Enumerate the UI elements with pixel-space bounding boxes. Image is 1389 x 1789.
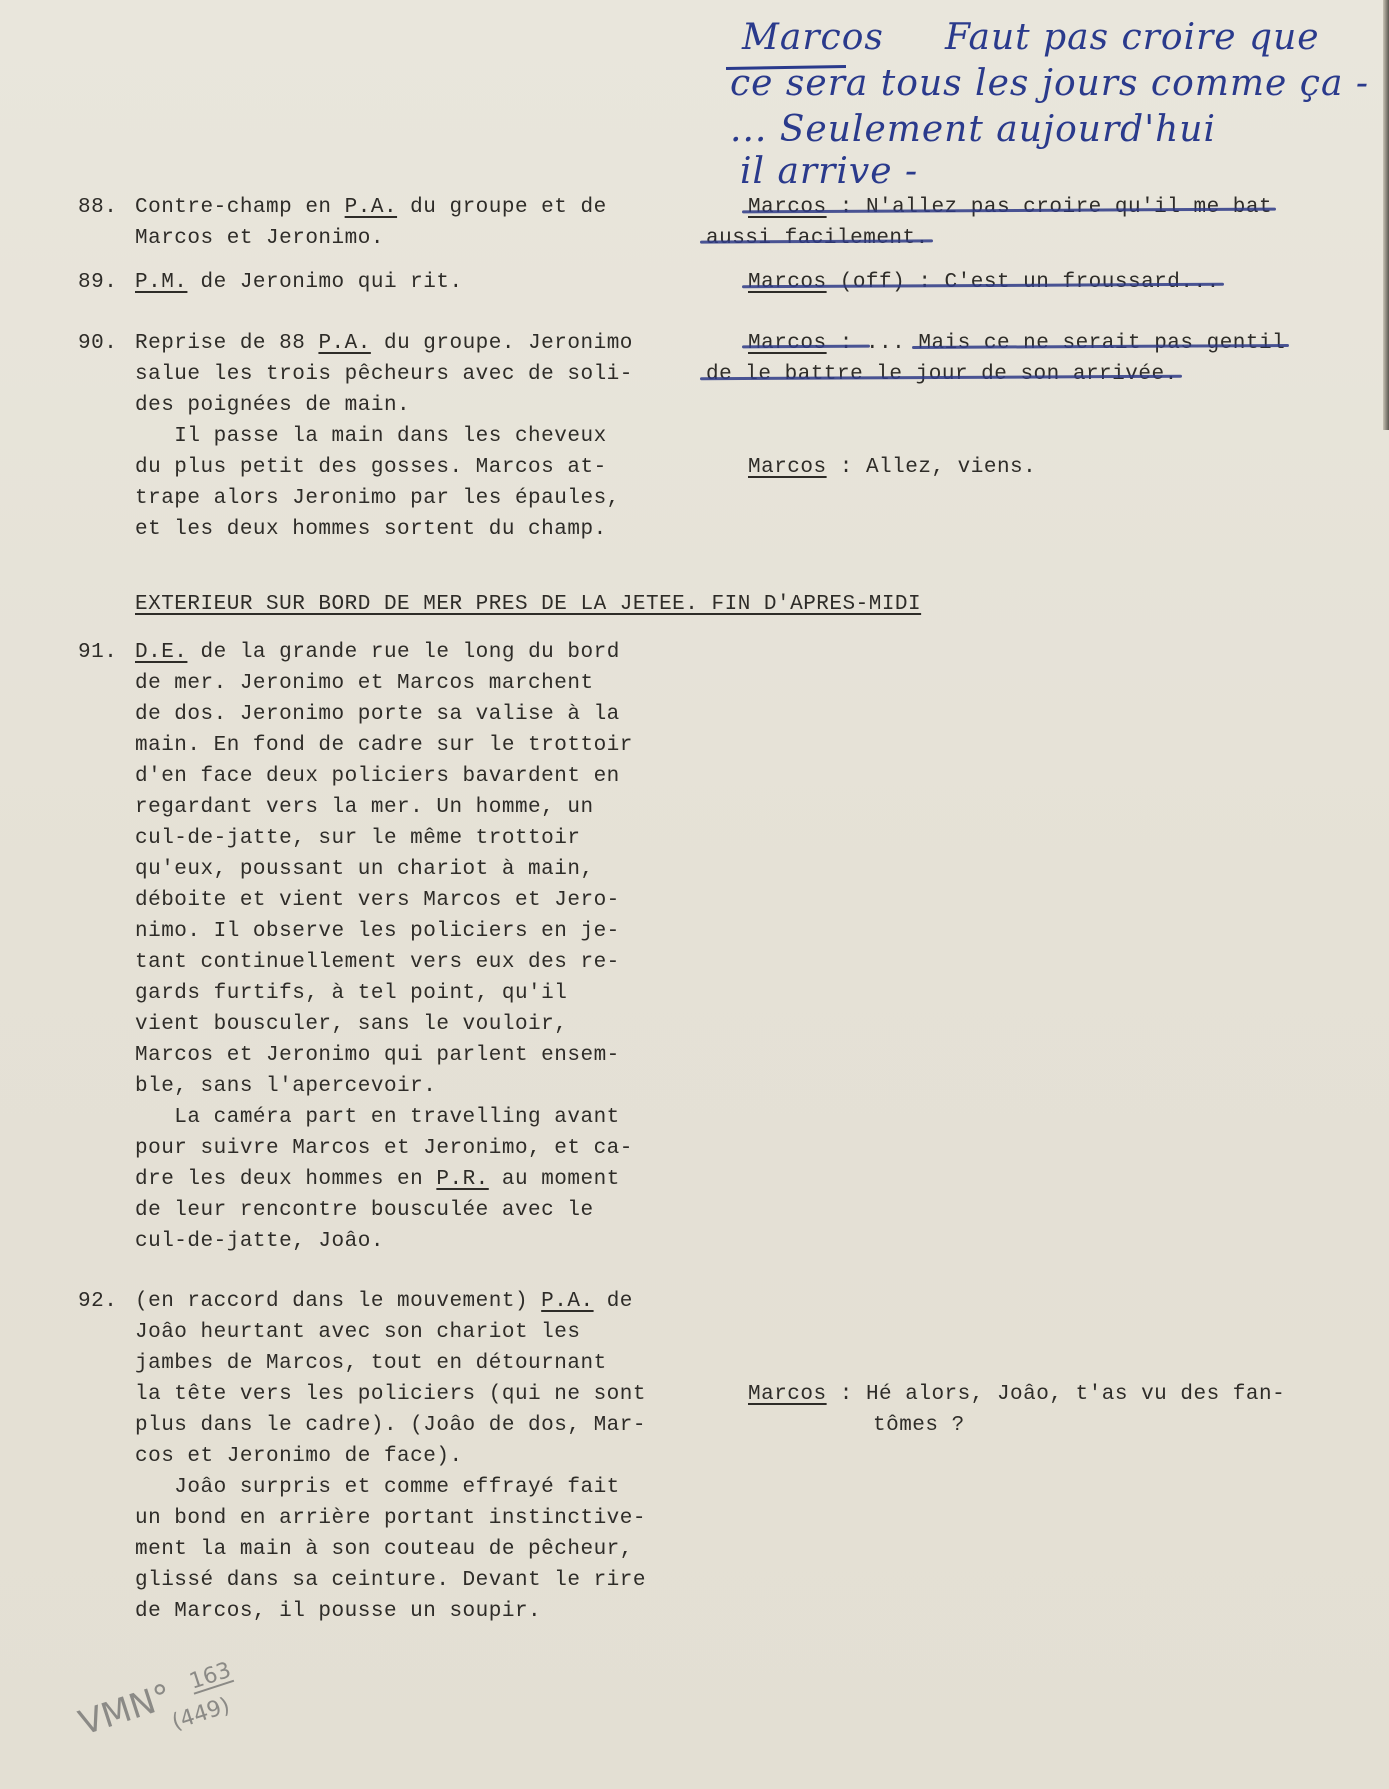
struck-text: C'est un froussard... bbox=[945, 271, 1220, 294]
speaker-name: Marcos bbox=[748, 196, 827, 219]
shot-abbrev: P.A. bbox=[345, 196, 397, 219]
shot-90-line: salue les trois pêcheurs avec de soli- bbox=[135, 359, 633, 390]
text: Hé alors, Joâo, t'as vu des fan- bbox=[866, 1383, 1285, 1406]
struck-text: aussi facilement. bbox=[706, 227, 929, 250]
shot-91-number: 91. bbox=[78, 637, 117, 668]
shot-92-number: 92. bbox=[78, 1286, 117, 1317]
handwritten-line-2: ce sera tous les jours comme ça - bbox=[730, 64, 1369, 104]
text: Allez, viens. bbox=[866, 456, 1036, 479]
dialogue-90a: Marcos : ... Mais ce ne serait pas genti… bbox=[748, 328, 1285, 359]
text: Reprise de 88 bbox=[135, 332, 318, 355]
dialogue-88: Marcos : N'allez pas croire qu'il me bat bbox=[748, 192, 1272, 223]
shot-92-line: Joâo heurtant avec son chariot les bbox=[135, 1317, 580, 1348]
text: de bbox=[594, 1290, 633, 1313]
shot-90-line: des poignées de main. bbox=[135, 390, 410, 421]
handwritten-speaker: Marcos bbox=[742, 18, 884, 58]
shot-91-line: ble, sans l'apercevoir. bbox=[135, 1071, 436, 1102]
speaker-name: Marcos bbox=[748, 332, 827, 355]
shot-91-line: main. En fond de cadre sur le trottoir bbox=[135, 730, 633, 761]
text: Contre-champ en bbox=[135, 196, 345, 219]
text: ... bbox=[866, 332, 918, 355]
shot-92-line: Joâo surpris et comme effrayé fait bbox=[135, 1472, 620, 1503]
shot-89-line: P.M. de Jeronimo qui rit. bbox=[135, 267, 463, 298]
scene-heading: EXTERIEUR SUR BORD DE MER PRES DE LA JET… bbox=[135, 589, 921, 620]
dialogue-92: Marcos : Hé alors, Joâo, t'as vu des fan… bbox=[748, 1379, 1285, 1410]
text: de la grande rue le long du bord bbox=[187, 641, 619, 664]
shot-91-line: de mer. Jeronimo et Marcos marchent bbox=[135, 668, 594, 699]
shot-88-number: 88. bbox=[78, 192, 117, 223]
shot-91-line: cul-de-jatte, Joâo. bbox=[135, 1226, 384, 1257]
shot-91-line: D.E. de la grande rue le long du bord bbox=[135, 637, 620, 668]
text: de Jeronimo qui rit. bbox=[187, 271, 462, 294]
speaker-name: Marcos bbox=[748, 456, 827, 479]
dialogue-92-cont: tômes ? bbox=[873, 1410, 965, 1441]
text: : bbox=[827, 196, 866, 219]
shot-91-line: gards furtifs, à tel point, qu'il bbox=[135, 978, 567, 1009]
text: dre les deux hommes en bbox=[135, 1168, 436, 1191]
dialogue-90a-cont: de le battre le jour de son arrivée. bbox=[706, 359, 1178, 390]
speaker-name: Marcos bbox=[748, 271, 827, 294]
struck-text: N'allez pas croire qu'il me bat bbox=[866, 196, 1272, 219]
shot-91-line: nimo. Il observe les policiers en je- bbox=[135, 916, 620, 947]
shot-91-line: déboite et vient vers Marcos et Jero- bbox=[135, 885, 620, 916]
shot-90-line: trape alors Jeronimo par les épaules, bbox=[135, 483, 620, 514]
shot-91-line: tant continuellement vers eux des re- bbox=[135, 947, 620, 978]
dialogue-89: Marcos (off) : C'est un froussard... bbox=[748, 267, 1220, 298]
shot-91-line: d'en face deux policiers bavardent en bbox=[135, 761, 620, 792]
handwritten-line-3: ... Seulement aujourd'hui bbox=[730, 110, 1216, 150]
shot-91-line: vient bousculer, sans le vouloir, bbox=[135, 1009, 567, 1040]
shot-90-line: Il passe la main dans les cheveux bbox=[135, 421, 607, 452]
dialogue-88-cont: aussi facilement. bbox=[706, 223, 929, 254]
shot-89-number: 89. bbox=[78, 267, 117, 298]
shot-90-number: 90. bbox=[78, 328, 117, 359]
shot-90-line: Reprise de 88 P.A. du groupe. Jeronimo bbox=[135, 328, 633, 359]
shot-92-line: ment la main à son couteau de pêcheur, bbox=[135, 1534, 633, 1565]
shot-91-line: qu'eux, poussant un chariot à main, bbox=[135, 854, 594, 885]
shot-91-line: Marcos et Jeronimo qui parlent ensem- bbox=[135, 1040, 620, 1071]
shot-92-line: plus dans le cadre). (Joâo de dos, Mar- bbox=[135, 1410, 646, 1441]
shot-91-line: La caméra part en travelling avant bbox=[135, 1102, 620, 1133]
text: au moment bbox=[489, 1168, 620, 1191]
page-edge-shadow bbox=[1383, 0, 1389, 430]
text: : bbox=[827, 1383, 866, 1406]
text: (off) : bbox=[827, 271, 945, 294]
speaker-name: Marcos bbox=[748, 1383, 827, 1406]
shot-91-line: cul-de-jatte, sur le même trottoir bbox=[135, 823, 580, 854]
struck-text: Mais ce ne serait pas gentil bbox=[918, 332, 1285, 355]
shot-91-line: pour suivre Marcos et Jeronimo, et ca- bbox=[135, 1133, 633, 1164]
shot-abbrev: P.A. bbox=[318, 332, 370, 355]
shot-92-line: la tête vers les policiers (qui ne sont bbox=[135, 1379, 646, 1410]
text: du groupe. Jeronimo bbox=[371, 332, 633, 355]
shot-88-line: Contre-champ en P.A. du groupe et de bbox=[135, 192, 607, 223]
text: (en raccord dans le mouvement) bbox=[135, 1290, 541, 1313]
shot-92-line: de Marcos, il pousse un soupir. bbox=[135, 1596, 541, 1627]
shot-92-line: cos et Jeronimo de face). bbox=[135, 1441, 463, 1472]
shot-abbrev: P.R. bbox=[436, 1168, 488, 1191]
shot-abbrev: P.M. bbox=[135, 271, 187, 294]
shot-90-line: et les deux hommes sortent du champ. bbox=[135, 514, 607, 545]
shot-92-line: jambes de Marcos, tout en détournant bbox=[135, 1348, 607, 1379]
shot-88-line: Marcos et Jeronimo. bbox=[135, 223, 384, 254]
dialogue-90b: Marcos : Allez, viens. bbox=[748, 452, 1036, 483]
shot-92-line: (en raccord dans le mouvement) P.A. de bbox=[135, 1286, 633, 1317]
shot-abbrev: D.E. bbox=[135, 641, 187, 664]
shot-91-line: de leur rencontre bousculée avec le bbox=[135, 1195, 594, 1226]
shot-92-line: glissé dans sa ceinture. Devant le rire bbox=[135, 1565, 646, 1596]
shot-91-line: regardant vers la mer. Un homme, un bbox=[135, 792, 594, 823]
text: : bbox=[827, 332, 866, 355]
shot-abbrev: P.A. bbox=[541, 1290, 593, 1313]
handwritten-line-4: il arrive - bbox=[740, 152, 918, 192]
shot-91-line: dre les deux hommes en P.R. au moment bbox=[135, 1164, 620, 1195]
text: : bbox=[827, 456, 866, 479]
shot-92-line: un bond en arrière portant instinctive- bbox=[135, 1503, 646, 1534]
struck-text: de le battre le jour de son arrivée. bbox=[706, 363, 1178, 386]
text: du groupe et de bbox=[397, 196, 607, 219]
shot-91-line: de dos. Jeronimo porte sa valise à la bbox=[135, 699, 620, 730]
handwritten-line-1: Faut pas croire que bbox=[945, 18, 1320, 58]
shot-90-line: du plus petit des gosses. Marcos at- bbox=[135, 452, 607, 483]
